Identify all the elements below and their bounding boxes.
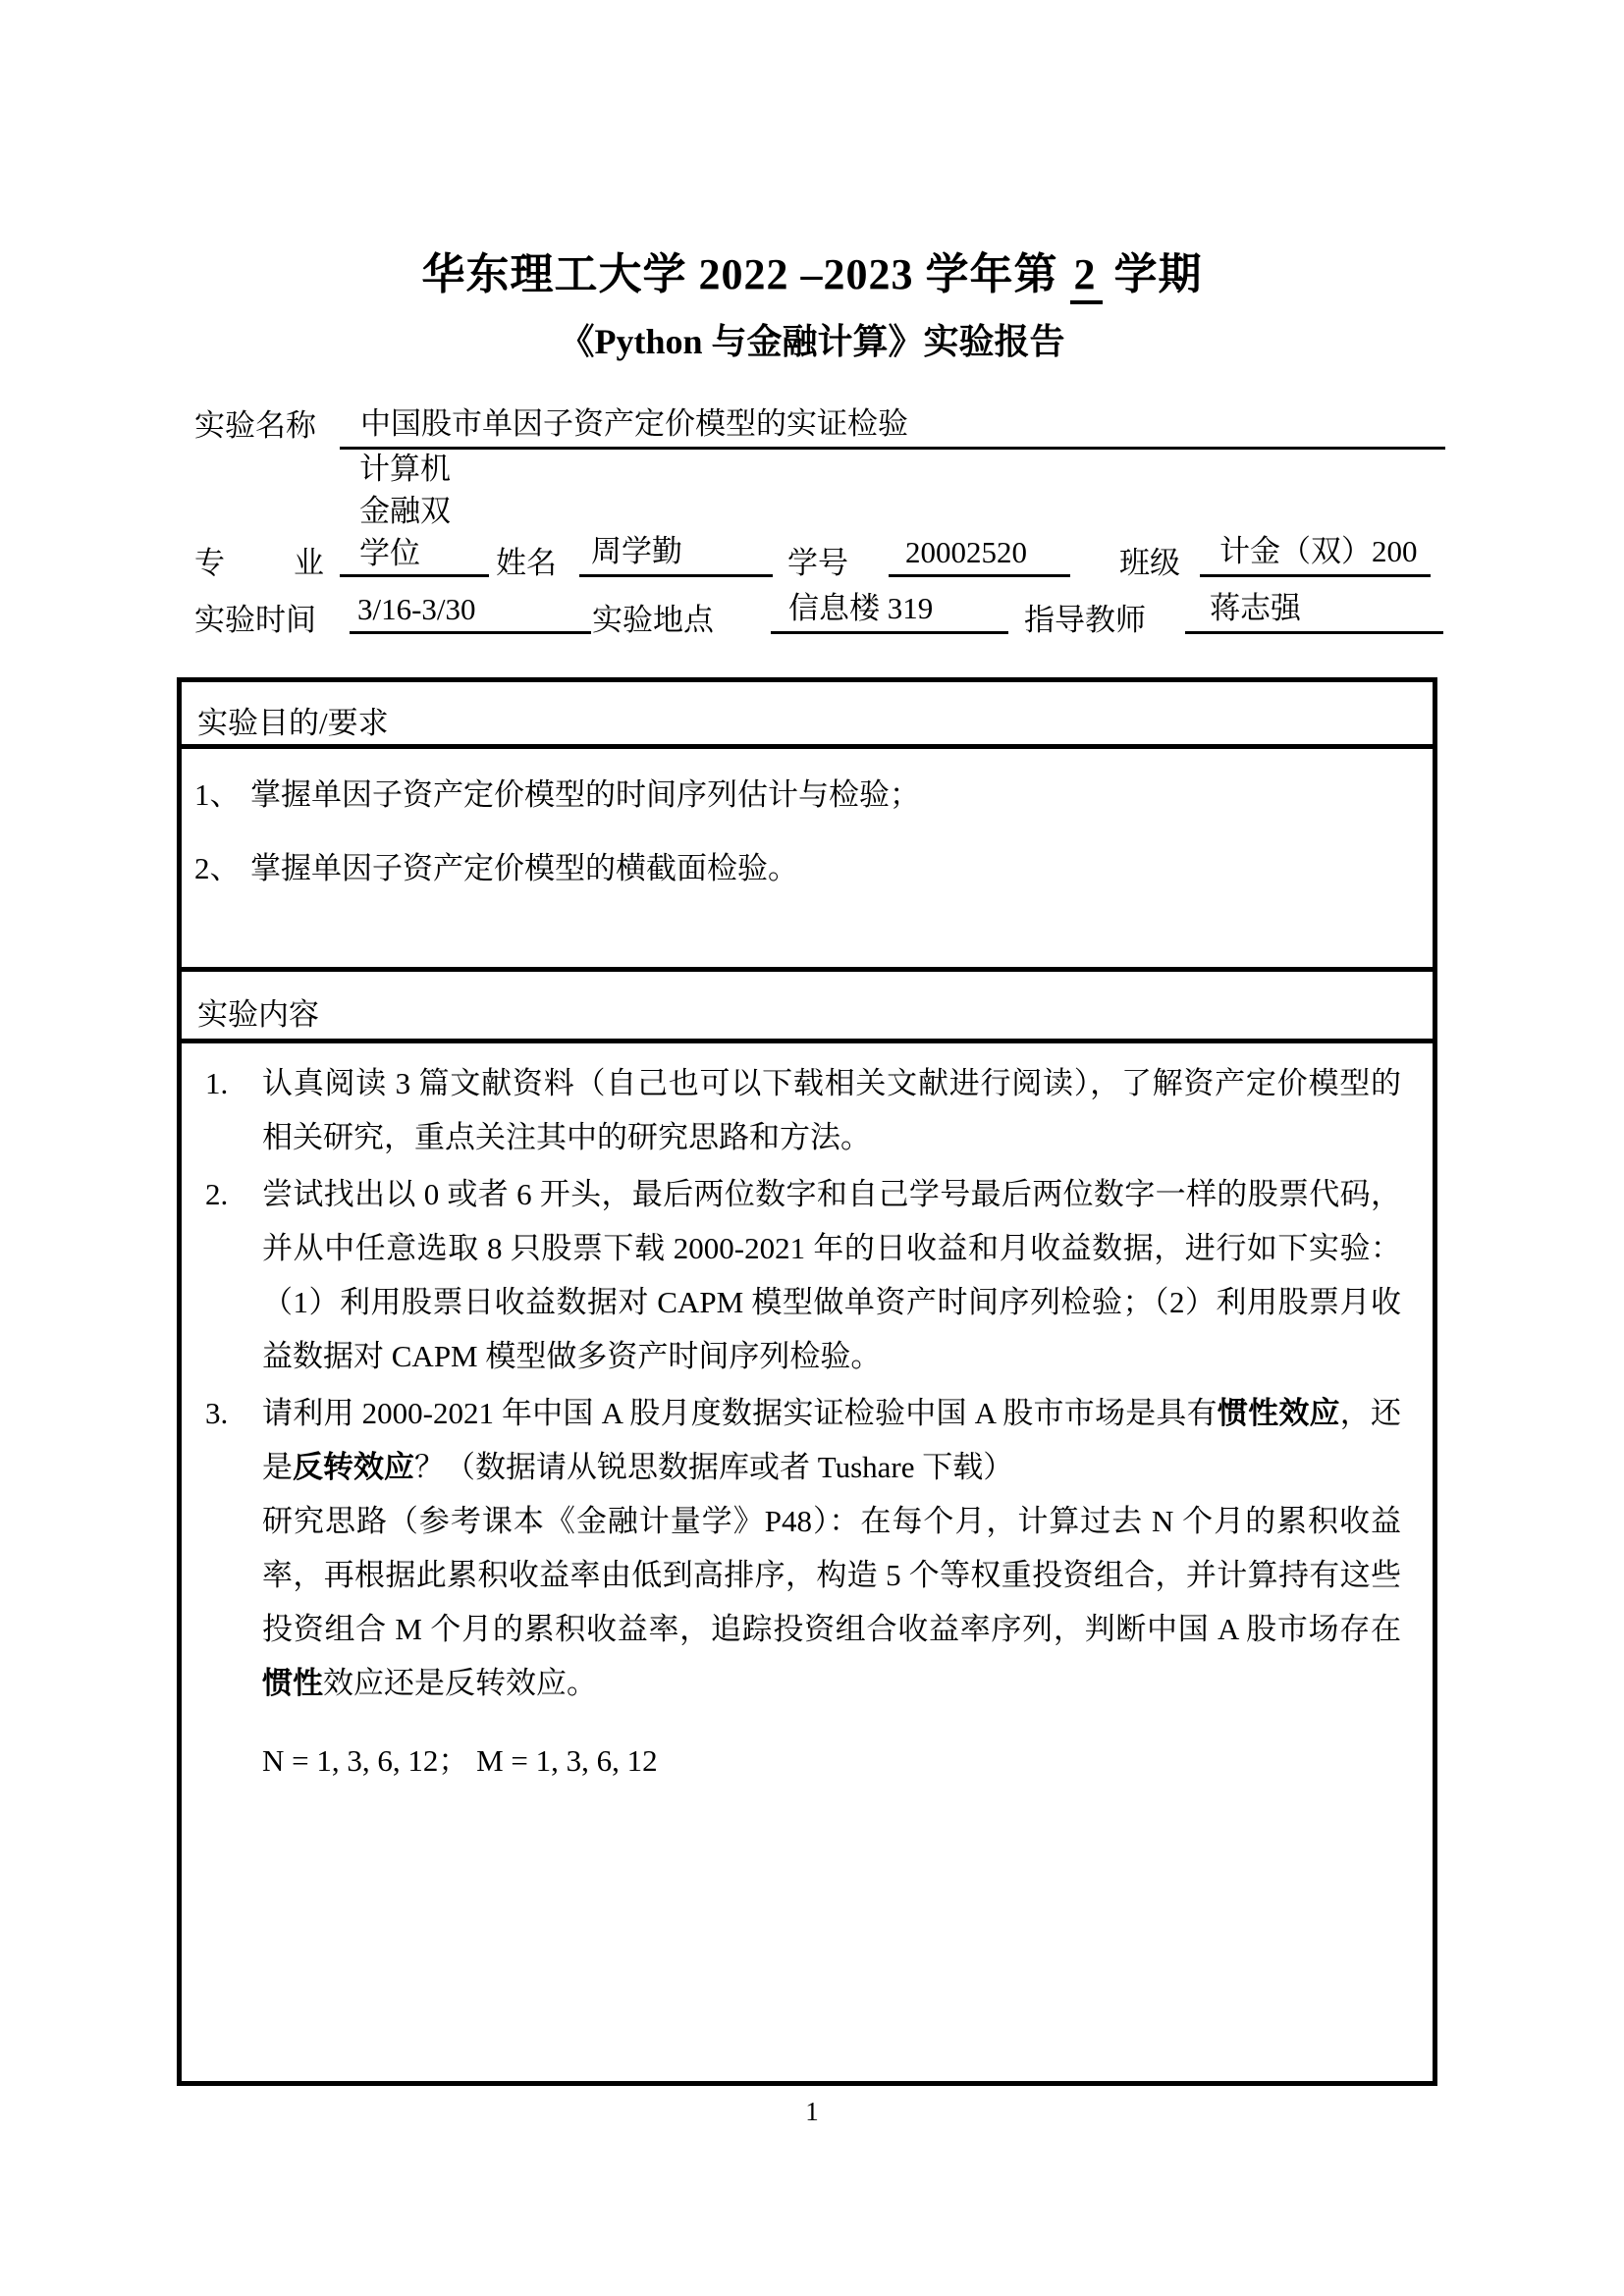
student-name-field: 周学勤: [579, 534, 773, 577]
experiment-name-value: 中国股市单因子资产定价模型的实证检验: [340, 399, 908, 447]
content-item-1: 1. 认真阅读 3 篇文献资料（自己也可以下载相关文献进行阅读），了解资产定价模…: [199, 1056, 1401, 1164]
purpose-item-1-text: 掌握单因子资产定价模型的时间序列估计与检验；: [250, 774, 920, 816]
location-field: 信息楼 319: [771, 591, 1008, 634]
purpose-item-2-text: 掌握单因子资产定价模型的横截面检验。: [250, 848, 798, 889]
content-item-2-number: 2.: [199, 1167, 262, 1383]
class-label: 班级: [1119, 538, 1180, 582]
student-id-value: 20002520: [889, 535, 1027, 574]
purpose-item-1: 1、 掌握单因子资产定价模型的时间序列估计与检验；: [194, 774, 1403, 816]
page-number: 1: [0, 2097, 1624, 2127]
purpose-header: 实验目的/要求: [197, 706, 389, 740]
purpose-content-row: 1、 掌握单因子资产定价模型的时间序列估计与检验； 2、 掌握单因子资产定价模型…: [182, 749, 1433, 972]
location-label: 实验地点: [592, 595, 714, 639]
instructor-label: 指导教师: [1024, 595, 1146, 639]
content-item-1-number: 1.: [199, 1056, 262, 1164]
title-text-post: 学期: [1103, 250, 1203, 298]
time-field: 3/16-3/30: [350, 591, 591, 634]
page-title: 华东理工大学 2022 –2023 学年第 2 学期: [0, 239, 1624, 301]
title-text-pre: 华东理工大学 2022 –2023 学年第: [422, 250, 1070, 298]
time-label: 实验时间: [194, 595, 316, 639]
major-field: 计算机 金融双 学位: [340, 448, 489, 577]
major-value-line1: 计算机: [359, 448, 489, 490]
student-name-label: 姓名: [496, 538, 557, 582]
student-name-value: 周学勤: [579, 526, 682, 574]
class-value: 计金（双）200: [1200, 526, 1418, 574]
major-value-line3: 学位: [359, 532, 489, 574]
content-item-1-body: 认真阅读 3 篇文献资料（自己也可以下载相关文献进行阅读），了解资产定价模型的相…: [262, 1056, 1401, 1164]
course-subtitle: 《Python 与金融计算》实验报告: [0, 314, 1624, 364]
content-header-row: 实验内容: [182, 972, 1433, 1043]
time-value: 3/16-3/30: [350, 592, 476, 631]
purpose-header-row: 实验目的/要求: [182, 682, 1433, 749]
purpose-item-1-number: 1、: [194, 774, 250, 816]
title-term-number: 2: [1070, 250, 1103, 304]
location-value: 信息楼 319: [771, 583, 933, 631]
instructor-value: 蒋志强: [1185, 583, 1301, 631]
student-id-field: 20002520: [889, 534, 1070, 577]
content-item-2: 2. 尝试找出以 0 或者 6 开头，最后两位数字和自己学号最后两位数字一样的股…: [199, 1167, 1401, 1383]
content-item-3: 3. 请利用 2000-2021 年中国 A 股月度数据实证检验中国 A 股市市…: [199, 1386, 1401, 1788]
report-page: 华东理工大学 2022 –2023 学年第 2 学期 《Python 与金融计算…: [0, 0, 1624, 2296]
content-header: 实验内容: [197, 997, 319, 1032]
major-label: 专 业: [194, 538, 324, 582]
experiment-name-label: 实验名称: [194, 400, 316, 445]
experiment-name-field: 中国股市单因子资产定价模型的实证检验: [340, 404, 1445, 450]
purpose-item-2: 2、 掌握单因子资产定价模型的横截面检验。: [194, 848, 1403, 889]
major-value-line2: 金融双: [359, 490, 489, 532]
purpose-item-2-number: 2、: [194, 848, 250, 889]
instructor-field: 蒋志强: [1185, 591, 1443, 634]
student-id-label: 学号: [787, 538, 848, 582]
class-field: 计金（双）200: [1200, 534, 1431, 577]
report-table: 实验目的/要求 1、 掌握单因子资产定价模型的时间序列估计与检验； 2、 掌握单…: [177, 677, 1437, 2086]
content-row: 1. 认真阅读 3 篇文献资料（自己也可以下载相关文献进行阅读），了解资产定价模…: [182, 1043, 1433, 1788]
content-item-2-body: 尝试找出以 0 或者 6 开头，最后两位数字和自己学号最后两位数字一样的股票代码…: [262, 1167, 1401, 1383]
content-item-3-body: 请利用 2000-2021 年中国 A 股月度数据实证检验中国 A 股市市场是具…: [262, 1386, 1401, 1788]
content-item-3-number: 3.: [199, 1386, 262, 1788]
